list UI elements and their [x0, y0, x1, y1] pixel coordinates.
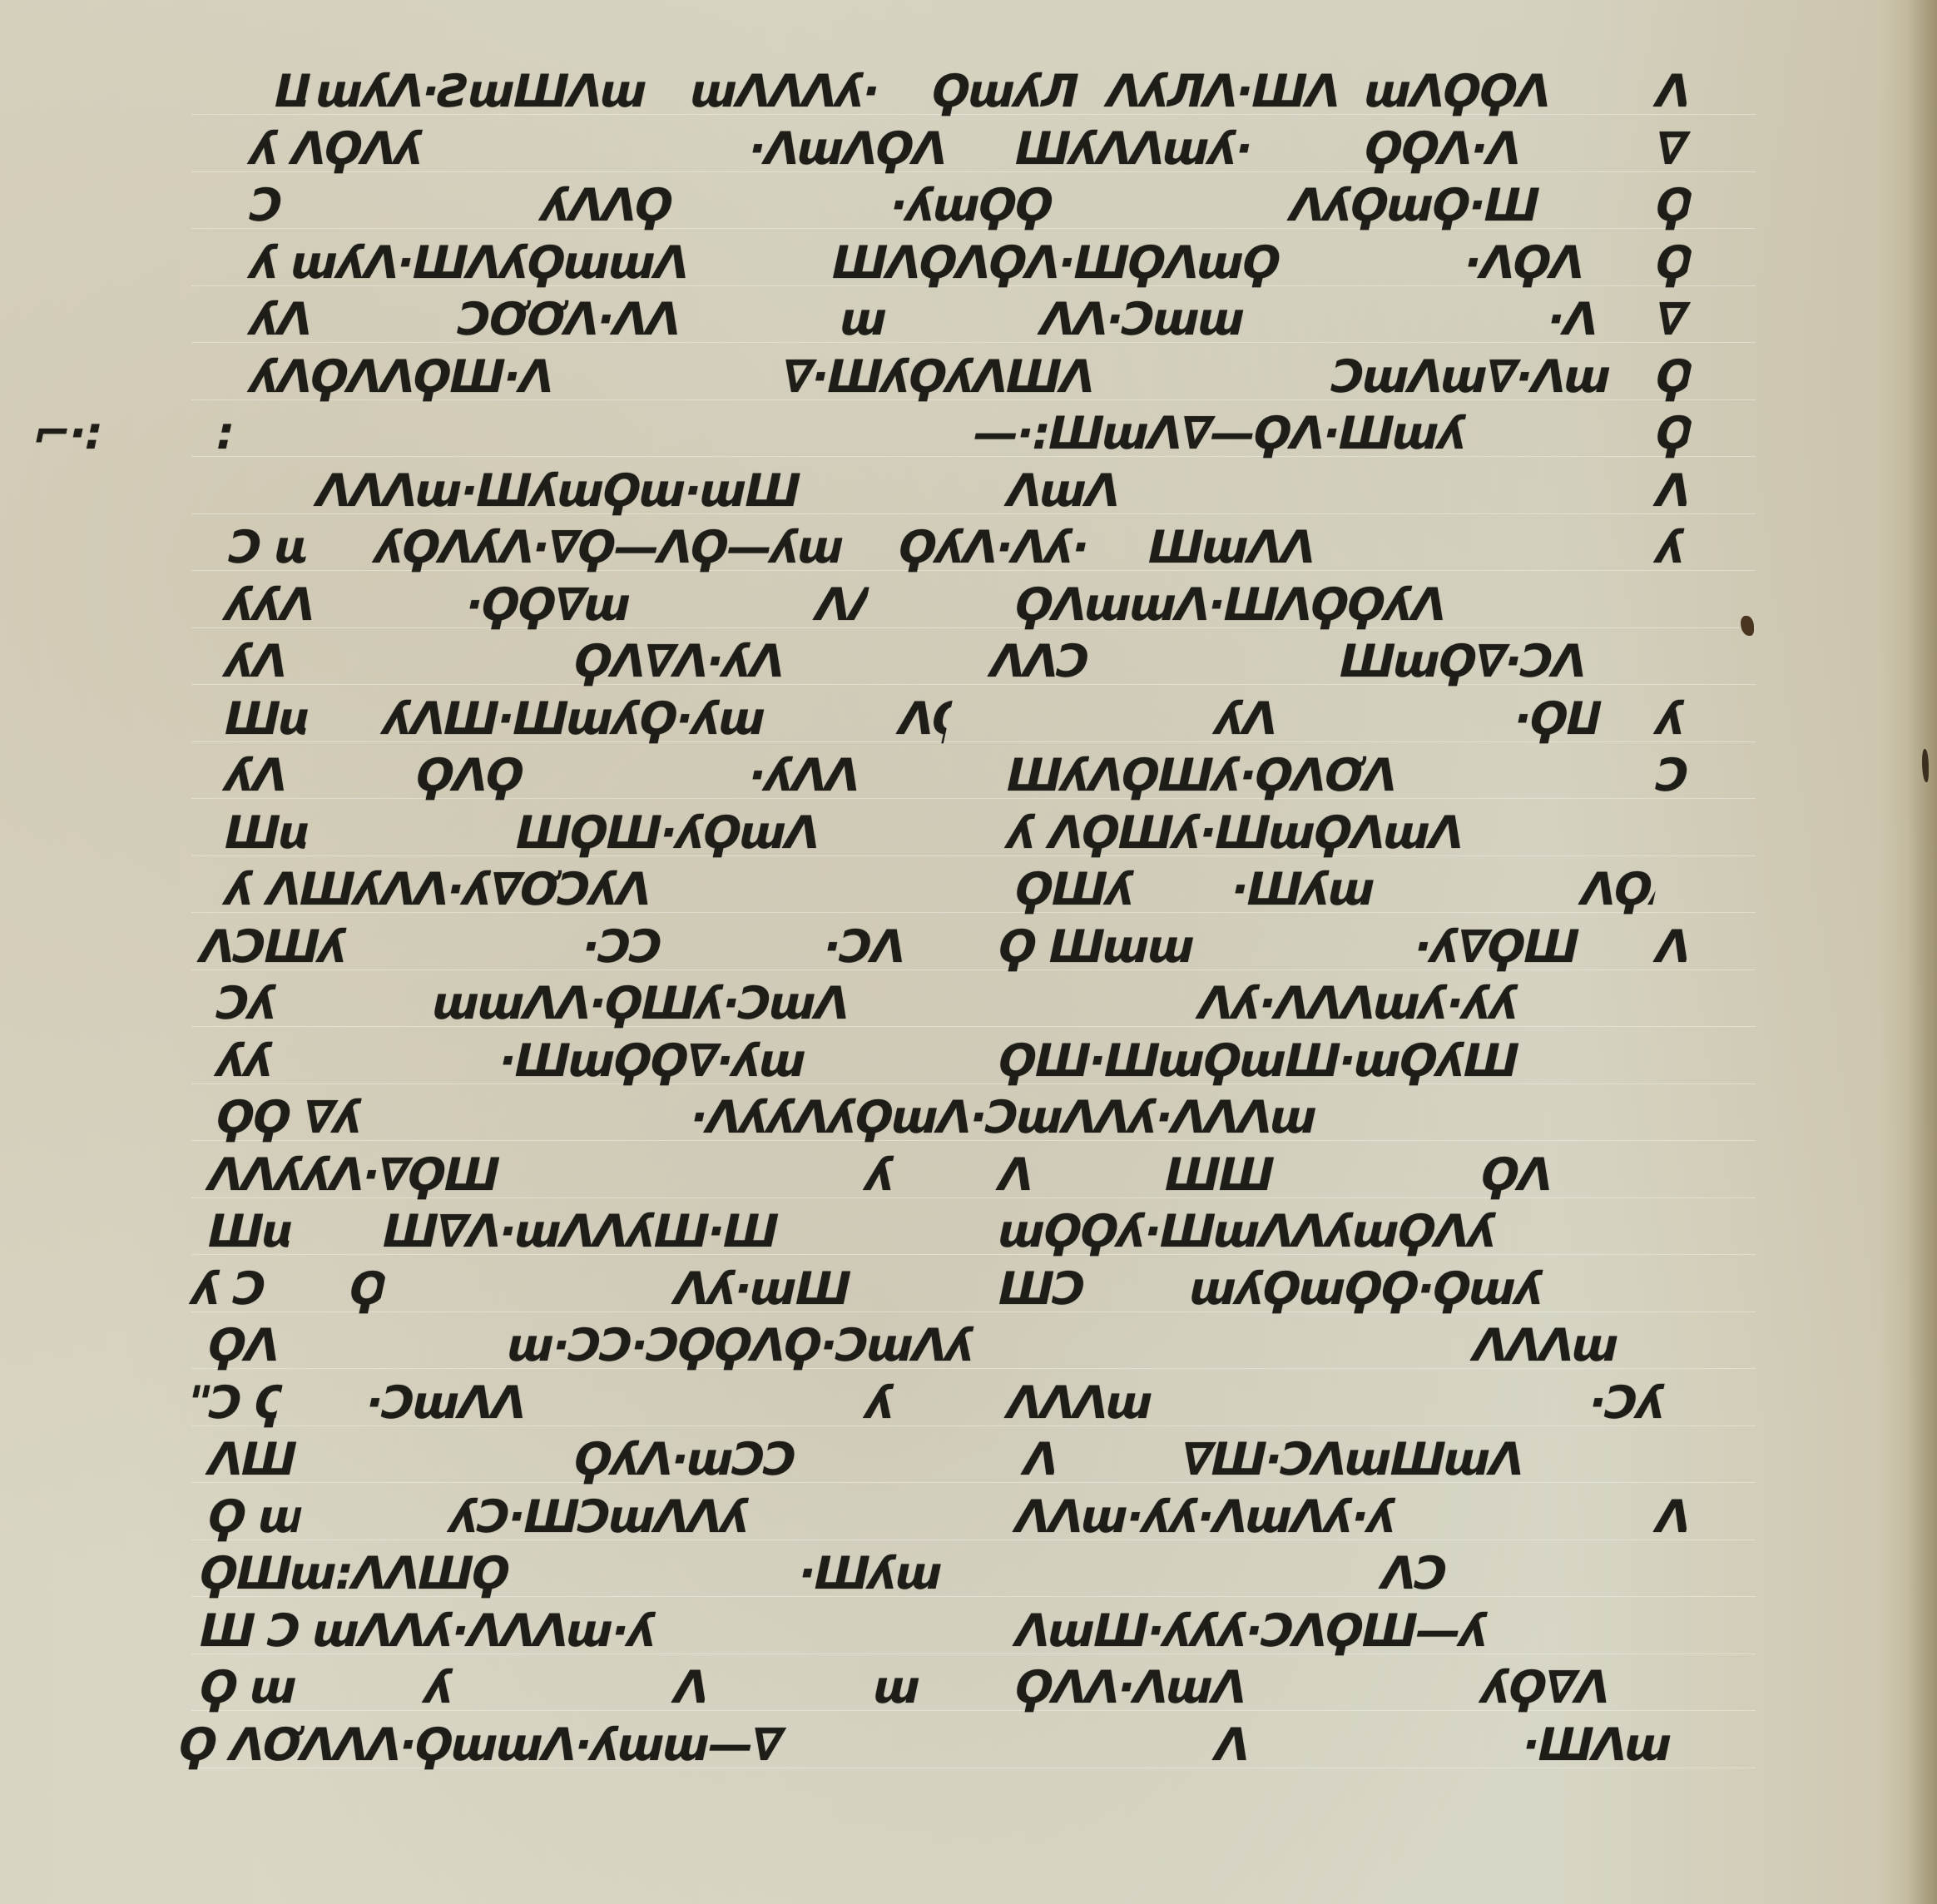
- manuscript-line: ɅɅɅɯ·ШʎɯϘɯ·ɯШɅɯɅɅ: [0, 462, 1937, 520]
- word-group: ƆƠƠɅ·ɅɅ: [452, 290, 731, 349]
- word-group: ∇·ШʎϘʎɅШɅ: [776, 348, 1188, 406]
- word-group: ɅƆШʎ: [194, 918, 439, 976]
- manuscript-line: ʎɅϘɅ∇Ʌ·ʎɅɅɅƆШɯϘ∇·ƆɅ: [0, 632, 1937, 691]
- word-group: ɅɅ: [810, 576, 872, 634]
- word-group: ʎ: [1650, 518, 1696, 577]
- manuscript-line: ШɯʎɅШ·ШɯʎϘ·ʎɯɅϘʎɅ·ϘШʎ: [0, 690, 1937, 748]
- word-group: ϘʎɅ·Ʌʎ·: [893, 518, 1155, 577]
- word-group: ·ƆƆ: [577, 918, 672, 976]
- word-group: Ɔʎ: [211, 974, 306, 1033]
- word-group: ·ШɅɯ: [1517, 1716, 1704, 1774]
- ink-blot: [1922, 749, 1929, 782]
- manuscript-line: ʎɅϘɅʎ·ɅɯɅϘɅШʎɅɅɯʎ·ϘϘɅ·Ʌ∇: [0, 120, 1937, 178]
- word-group: ɅϘ: [893, 690, 955, 748]
- word-group: ·Ʌ: [1542, 290, 1621, 349]
- manuscript-line: ʎɯʎɅ·ШɅʎϘɯɯɅШɅϘɅϘɅ·ШϘɅɯϘ·ɅϘɅϘ: [0, 234, 1937, 292]
- word-group: ƆɯɅɯ∇·Ʌɯ: [1325, 348, 1654, 406]
- word-group: ʎ: [244, 120, 290, 178]
- word-group: ɅɅ·Ɔɯɯ: [1034, 290, 1396, 349]
- word-group: Ʌ: [1650, 918, 1696, 976]
- manuscript-line: ϘШɯ:ɅɅШϘ·ШʎɯɅƆ: [0, 1545, 1937, 1603]
- word-group: ɅɯɅ: [1001, 462, 1138, 520]
- word-group: ·Шʎɯ: [793, 1545, 1005, 1603]
- word-group: Ʌ: [668, 1659, 714, 1717]
- word-group: Ϙ: [1650, 176, 1696, 235]
- word-group: ɅɅɯ·ʎʎ·ɅɯɅʎ·ʎ: [1009, 1488, 1604, 1546]
- word-group: ɅɅɅɯ·ШʎɯϘɯ·ɯШ: [310, 462, 864, 520]
- word-group: Ϙ: [344, 1260, 389, 1318]
- word-group: ʎ: [219, 860, 265, 919]
- word-group: ɯ: [868, 1659, 930, 1717]
- word-group: "Ɔ Ϙ: [181, 1374, 285, 1432]
- word-group: Шɯ: [219, 804, 315, 862]
- word-group: ·Ɔʎ: [1583, 1374, 1679, 1432]
- manuscript-line: ɅШϘʎɅ·ɯƆƆɅ∇Ш·ƆɅɯШɯɅ: [0, 1430, 1937, 1489]
- word-group: ·ʎɅɅ: [743, 746, 889, 805]
- word-group: ʎɅШ·ШɯʎϘ·ʎɯ: [377, 690, 889, 748]
- word-group: ·ϘϘ∇ɯ: [460, 576, 656, 634]
- word-group: ʎɅ: [219, 632, 315, 691]
- word-group: ʎ: [244, 234, 290, 292]
- word-group: Ʌʎ·ɯШ: [668, 1260, 914, 1318]
- word-group: Ʌʎ·ɅɅɅɯʎ·ʎʎ: [1192, 974, 1671, 1033]
- word-group: ∇: [1650, 120, 1696, 178]
- manuscript-line: Ϙ ɯʎƆ·ШƆɯɅɅʎɅɅɯ·ʎʎ·ɅɯɅʎ·ʎɅ: [0, 1488, 1937, 1546]
- word-group: ɯɅɅɅʎ·: [685, 62, 914, 121]
- word-group: ɅʎЛɅ·ШɅ: [1101, 62, 1388, 121]
- word-group: ·ɅɯɅϘɅ: [743, 120, 1022, 178]
- word-group: ʎϘ∇Ʌ: [1475, 1659, 1687, 1717]
- manuscript-line: ⌐·::—·:ШɯɅ∇—ϘɅ·ШɯʎϘ: [0, 404, 1937, 463]
- word-group: ·ϘШ: [1508, 690, 1604, 748]
- manuscript-line: ɅƆШʎ·ƆƆ·ƆɅϘ Шɯɯ·ʎ∇ϘШɅ: [0, 918, 1937, 976]
- word-group: ʎɅϘɅɅϘШ·Ʌ: [244, 348, 672, 406]
- word-group: ɅʎϘɯϘ·Ш: [1284, 176, 1546, 235]
- word-group: Ʌ: [1650, 1488, 1696, 1546]
- word-group: ϘɅϘ: [410, 746, 564, 805]
- manuscript-line: Ϙ ɅƠɅɅɅ·ϘɯɯɅ·ʎɯɯ—∇Ʌ·ШɅɯ: [0, 1716, 1937, 1774]
- manuscript-line: Ш Ɔ ɯɅɅʎ·ɅɅɅɯ·ʎɅɯШ·ʎʎʎ·ƆɅϘШ—ʎ: [0, 1602, 1937, 1660]
- manuscript-line: ɅɅʎʎɅ·∇ϘШʎɅШШϘɅ: [0, 1146, 1937, 1204]
- word-group: Ш∇Ʌ·ɯɅɅʎШ·Ш: [377, 1202, 964, 1261]
- word-group: ʎ: [419, 1659, 464, 1717]
- word-group: ɅϘɅ: [1575, 860, 1662, 919]
- word-group: ·Шʎɯ: [1226, 860, 1446, 919]
- word-group: ϘʎɅ·ɯƆƆ: [568, 1430, 880, 1489]
- word-group: ⌐·:: [27, 404, 123, 463]
- word-group: ШƆ: [993, 1260, 1138, 1318]
- word-group: ШɯɅɅ: [1142, 518, 1654, 577]
- word-group: ШШ: [1159, 1146, 1288, 1204]
- manuscript-line: ʎɅϘɅɅϘШ·Ʌ∇·ШʎϘʎɅШɅƆɯɅɯ∇·ɅɯϘ: [0, 348, 1937, 406]
- word-group: ʎɅɅϘ: [535, 176, 739, 235]
- word-group: ϘϘɅ·Ʌ: [1359, 120, 1637, 178]
- word-group: ʎ: [860, 1146, 905, 1204]
- word-group: ɯɯɅɅ·ϘШʎ·ƆɯɅ: [427, 974, 1055, 1033]
- manuscript-line: "Ɔ Ϙ·ƆɯɅɅʎɅɅɅɯ·Ɔʎ: [0, 1374, 1937, 1432]
- word-group: ϘɅɅ·ɅɯɅ: [1009, 1659, 1338, 1717]
- word-group: ʎɅ: [244, 290, 339, 349]
- manuscript-line: ʎɅШʎɅɅ·ʎ∇ƠƆʎɅϘШʎ·ШʎɯɅϘɅ: [0, 860, 1937, 919]
- word-group: Ʌ: [993, 1146, 1055, 1204]
- manuscript-line: ШɯШϘШ·ʎϘɯɅʎɅϘШʎ·ШɯϘɅɯɅ: [0, 804, 1937, 862]
- word-group: ϘɅ: [202, 1316, 298, 1375]
- manuscript-line: ʎɅϘɅϘ·ʎɅɅШʎɅϘШʎ·ϘɅƠɅƆ: [0, 746, 1937, 805]
- word-group: ɅɅɅɯ: [1001, 1374, 1230, 1432]
- word-group: ·ƆɯɅɅ: [360, 1374, 622, 1432]
- word-group: Шɯ: [202, 1202, 298, 1261]
- word-group: ʎ: [860, 1374, 905, 1432]
- word-group: ʎϘɅʎɅ·∇Ϙ—ɅϘ—ʎɯ: [369, 518, 847, 577]
- manuscript-line: ʎ ƆϘɅʎ·ɯШШƆɯʎϘɯϘϘ·Ϙɯʎ: [0, 1260, 1937, 1318]
- word-group: ϘШɯ:ɅɅШϘ: [194, 1545, 789, 1603]
- word-group: ϘɯʎЛ: [926, 62, 1088, 121]
- word-group: ʎ: [1650, 690, 1696, 748]
- word-group: ʎʎɅ: [219, 576, 356, 634]
- word-group: Ʌ: [1650, 62, 1696, 121]
- word-group: Ɔ: [1650, 746, 1696, 805]
- word-group: ШϘШ·ʎϘɯɅ: [510, 804, 889, 862]
- word-group: ·ʎɯϘϘ: [884, 176, 1097, 235]
- word-group: Ϙ: [1650, 348, 1696, 406]
- word-group: ɯ: [269, 518, 315, 577]
- manuscript-line: ʎʎ·ШɯϘϘ∇·ʎɯϘШ·ШɯϘɯШ·ɯϘʎШ: [0, 1032, 1937, 1090]
- word-group: ʎ Ɔ: [186, 1260, 306, 1318]
- word-group: Ϙ Шɯɯ: [993, 918, 1271, 976]
- manuscript-line: ϘϘ ∇ʎ·ɅʎʎɅʎϘɯɅ·ƆɯɅɅʎ·ɅɅɅɯ: [0, 1088, 1937, 1147]
- manuscript-line: ƆɯʎϘɅʎɅ·∇Ϙ—ɅϘ—ʎɯϘʎɅ·Ʌʎ·ШɯɅɅʎ: [0, 518, 1937, 577]
- word-group: Ɔ: [223, 518, 269, 577]
- word-group: Ϙ ɯ: [194, 1659, 315, 1717]
- word-group: ɯ·ƆƆ·ƆϘϘɅϘ·ƆɯɅʎ: [502, 1316, 1355, 1375]
- word-group: ·ʎ∇ϘШ: [1409, 918, 1613, 976]
- word-group: Ϙ: [1650, 404, 1696, 463]
- word-group: Ʌ: [1209, 1716, 1271, 1774]
- manuscript-line: ШɯШ∇Ʌ·ɯɅɅʎШ·ШɯϘϘʎ·ШɯɅɅʎɯϘɅʎ: [0, 1202, 1937, 1261]
- word-group: ɯ: [835, 290, 914, 349]
- word-group: ɅϘɅʎ: [285, 120, 531, 178]
- word-group: ШɯϘ∇·ƆɅ: [1334, 632, 1662, 691]
- word-group: Ϙ ɯ: [202, 1488, 306, 1546]
- word-group: ʎɅ: [1209, 690, 1346, 748]
- word-group: ШɅϘɅϘɅ·ШϘɅɯϘ: [826, 234, 1471, 292]
- manuscript-line: Ϙ ɯʎɅɯϘɅɅ·ɅɯɅʎϘ∇Ʌ: [0, 1659, 1937, 1717]
- word-group: ʎʎ: [211, 1032, 306, 1090]
- word-group: ɅɅɅɯ: [1467, 1316, 1679, 1375]
- word-group: Ш Ɔ ɯɅɅʎ·ɅɅɅɯ·ʎ: [194, 1602, 939, 1660]
- word-group: ɯϘϘʎ·ШɯɅɅʎɯϘɅʎ: [993, 1202, 1671, 1261]
- word-group: ɯʎɅ·ƧɯШɅɯ: [310, 62, 689, 121]
- manuscript-page: ШɯʎɅ·ƧɯШɅɯɯɅɅɅʎ·ϘɯʎЛɅʎЛɅ·ШɅɯɅϘϘɅɅʎɅϘɅʎ·Ʌ…: [0, 0, 1937, 1904]
- word-group: ШʎɅϘШʎ·ϘɅƠɅ: [1001, 746, 1637, 805]
- word-group: ϘɅ: [1475, 1146, 1596, 1204]
- word-group: ɅƆ: [1375, 1545, 1488, 1603]
- word-group: ·ɅʎʎɅʎϘɯɅ·ƆɯɅɅʎ·ɅɅɅɯ: [685, 1088, 1679, 1147]
- word-group: Ʌ: [1018, 1430, 1063, 1489]
- word-group: Шɯ: [219, 690, 315, 748]
- word-group: ʎƆ·ШƆɯɅɅʎ: [443, 1488, 988, 1546]
- word-group: ɅШʎɅɅ·ʎ∇ƠƆʎɅ: [260, 860, 922, 919]
- manuscript-line: ƆʎɅɅϘ·ʎɯϘϘɅʎϘɯϘ·ШϘ: [0, 176, 1937, 235]
- manuscript-line: ƆʎɯɯɅɅ·ϘШʎ·ƆɯɅɅʎ·ɅɅɅɯʎ·ʎʎ: [0, 974, 1937, 1033]
- word-group: Ϙ ɅƠɅɅɅ·ϘɯɯɅ·ʎɯɯ—∇: [173, 1716, 1084, 1774]
- word-group: ɯɅϘϘɅ: [1359, 62, 1654, 121]
- word-group: ·ƆɅ: [818, 918, 930, 976]
- word-group: ɯʎɅ·ШɅʎϘɯɯɅ: [285, 234, 797, 292]
- word-group: ϘϘ ∇ʎ: [211, 1088, 414, 1147]
- manuscript-line: ʎʎɅ·ϘϘ∇ɯɅɅϘɅɯɯɅ·ШɅϘϘʎɅ: [0, 576, 1937, 634]
- word-group: —·:ШɯɅ∇—ϘɅ·Шɯʎ: [968, 404, 1646, 463]
- word-group: ϘɅɯɯɅ·ШɅϘϘʎɅ: [1009, 576, 1671, 634]
- word-group: Ʌ: [1650, 462, 1696, 520]
- word-group: ɅϘШʎ·ШɯϘɅɯɅ: [1043, 804, 1671, 862]
- word-group: ɅШ: [202, 1430, 323, 1489]
- word-group: ʎ: [1001, 804, 1047, 862]
- word-group: Ш: [269, 62, 315, 121]
- word-group: ϘШ·ШɯϘɯШ·ɯϘʎШ: [993, 1032, 1671, 1090]
- word-group: ϘɅ∇Ʌ·ʎɅ: [568, 632, 855, 691]
- word-group: ШʎɅɅɯʎ·: [1009, 120, 1371, 178]
- manuscript-line: ШɯʎɅ·ƧɯШɅɯɯɅɅɅʎ·ϘɯʎЛɅʎЛɅ·ШɅɯɅϘϘɅɅ: [0, 62, 1937, 121]
- word-group: :: [211, 404, 240, 463]
- word-group: ɯʎϘɯϘϘ·Ϙɯʎ: [1184, 1260, 1662, 1318]
- word-group: Ɔ: [244, 176, 290, 235]
- word-group: ∇Ш·ƆɅɯШɯɅ: [1176, 1430, 1654, 1489]
- word-group: ɅɅƆ: [984, 632, 1147, 691]
- manuscript-line: ʎɅƆƠƠɅ·ɅɅɯɅɅ·Ɔɯɯ·Ʌ∇: [0, 290, 1937, 349]
- manuscript-line: ϘɅɯ·ƆƆ·ƆϘϘɅϘ·ƆɯɅʎɅɅɅɯ: [0, 1316, 1937, 1375]
- word-group: ʎɅ: [219, 746, 315, 805]
- word-group: ϘШʎ: [1009, 860, 1221, 919]
- word-group: ɅɅʎʎɅ·∇ϘШ: [202, 1146, 714, 1204]
- word-group: ɅɯШ·ʎʎʎ·ƆɅϘШ—ʎ: [1009, 1602, 1671, 1660]
- word-group: ·ШɯϘϘ∇·ʎɯ: [493, 1032, 972, 1090]
- word-group: ∇: [1650, 290, 1696, 349]
